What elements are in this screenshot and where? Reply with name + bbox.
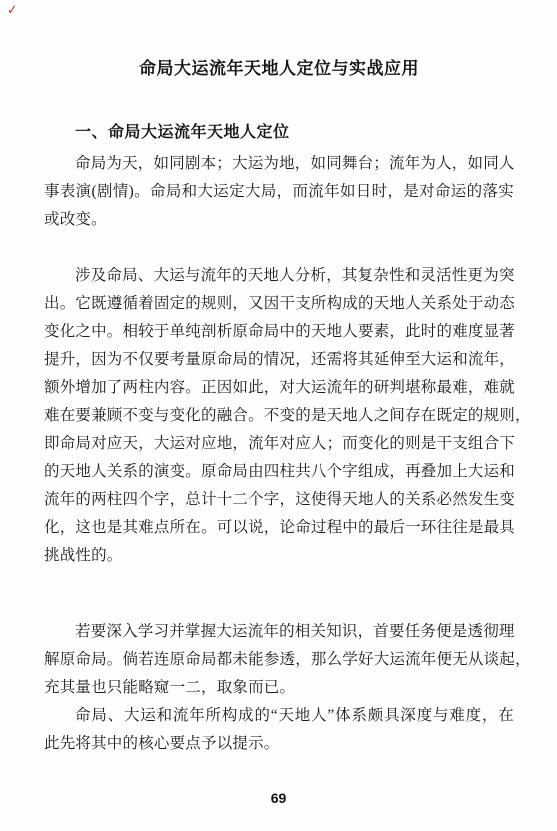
page-content: 命局大运流年天地人定位与实战应用 一、命局大运流年天地人定位 命局为天，如同剧本… bbox=[44, 0, 514, 758]
paragraph: 涉及命局、大运与流年的天地人分析，其复杂性和灵活性更为突出。它既遵循着固定的规则… bbox=[44, 262, 514, 570]
section-heading: 一、命局大运流年天地人定位 bbox=[75, 122, 514, 144]
text-line: 流年的两柱四个字，总计十二个字，这使得天地人的关系必然发生变 bbox=[44, 486, 514, 514]
text-line: 涉及命局、大运与流年的天地人分析，其复杂性和灵活性更为突 bbox=[44, 262, 514, 290]
text-line: 命局、大运和流年所构成的“天地人”体系颇具深度与难度，在 bbox=[44, 702, 514, 730]
text-line: 充其量也只能略窥一二，取象而已。 bbox=[44, 674, 514, 702]
text-line: 化，这也是其难点所在。可以说，论命过程中的最后一环往往是最具 bbox=[44, 514, 514, 542]
paragraph: 若要深入学习并掌握大运流年的相关知识，首要任务便是透彻理解原命局。倘若连原命局都… bbox=[44, 618, 514, 702]
text-line: 解原命局。倘若连原命局都未能参透，那么学好大运流年便无从谈起， bbox=[44, 646, 514, 674]
text-line: 命局为天，如同剧本；大运为地，如同舞台；流年为人，如同人 bbox=[44, 150, 514, 178]
text-line: 额外增加了两柱内容。正因如此，对大运流年的研判堪称最难，难就 bbox=[44, 374, 514, 402]
text-line: 事表演(剧情)。命局和大运定大局，而流年如日时，是对命运的落实 bbox=[44, 178, 514, 206]
text-line: 若要深入学习并掌握大运流年的相关知识，首要任务便是透彻理 bbox=[44, 618, 514, 646]
text-line: 即命局对应天，大运对应地，流年对应人；而变化的则是干支组合下 bbox=[44, 430, 514, 458]
text-line: 此先将其中的核心要点予以提示。 bbox=[44, 730, 514, 758]
body-paragraphs: 命局为天，如同剧本；大运为地，如同舞台；流年为人，如同人事表演(剧情)。命局和大… bbox=[44, 150, 514, 758]
text-line: 的天地人关系的演变。原命局由四柱共八个字组成，再叠加上大运和 bbox=[44, 458, 514, 486]
page-number: 69 bbox=[0, 790, 557, 806]
text-line: 出。它既遵循着固定的规则，又因干支所构成的天地人关系处于动态 bbox=[44, 290, 514, 318]
text-line: 或改变。 bbox=[44, 206, 514, 234]
text-line: 变化之中。相较于单纯剖析原命局中的天地人要素，此时的难度显著 bbox=[44, 318, 514, 346]
document-page: ✓ 命局大运流年天地人定位与实战应用 一、命局大运流年天地人定位 命局为天，如同… bbox=[0, 0, 557, 831]
text-line: 提升，因为不仅要考量原命局的情况，还需将其延伸至大运和流年， bbox=[44, 346, 514, 374]
page-title: 命局大运流年天地人定位与实战应用 bbox=[44, 56, 514, 82]
paragraph: 命局、大运和流年所构成的“天地人”体系颇具深度与难度，在此先将其中的核心要点予以… bbox=[44, 702, 514, 758]
text-line: 难在要兼顾不变与变化的融合。不变的是天地人之间存在既定的规则， bbox=[44, 402, 514, 430]
text-line: 挑战性的。 bbox=[44, 542, 514, 570]
paragraph: 命局为天，如同剧本；大运为地，如同舞台；流年为人，如同人事表演(剧情)。命局和大… bbox=[44, 150, 514, 234]
red-check-annotation: ✓ bbox=[6, 2, 18, 18]
